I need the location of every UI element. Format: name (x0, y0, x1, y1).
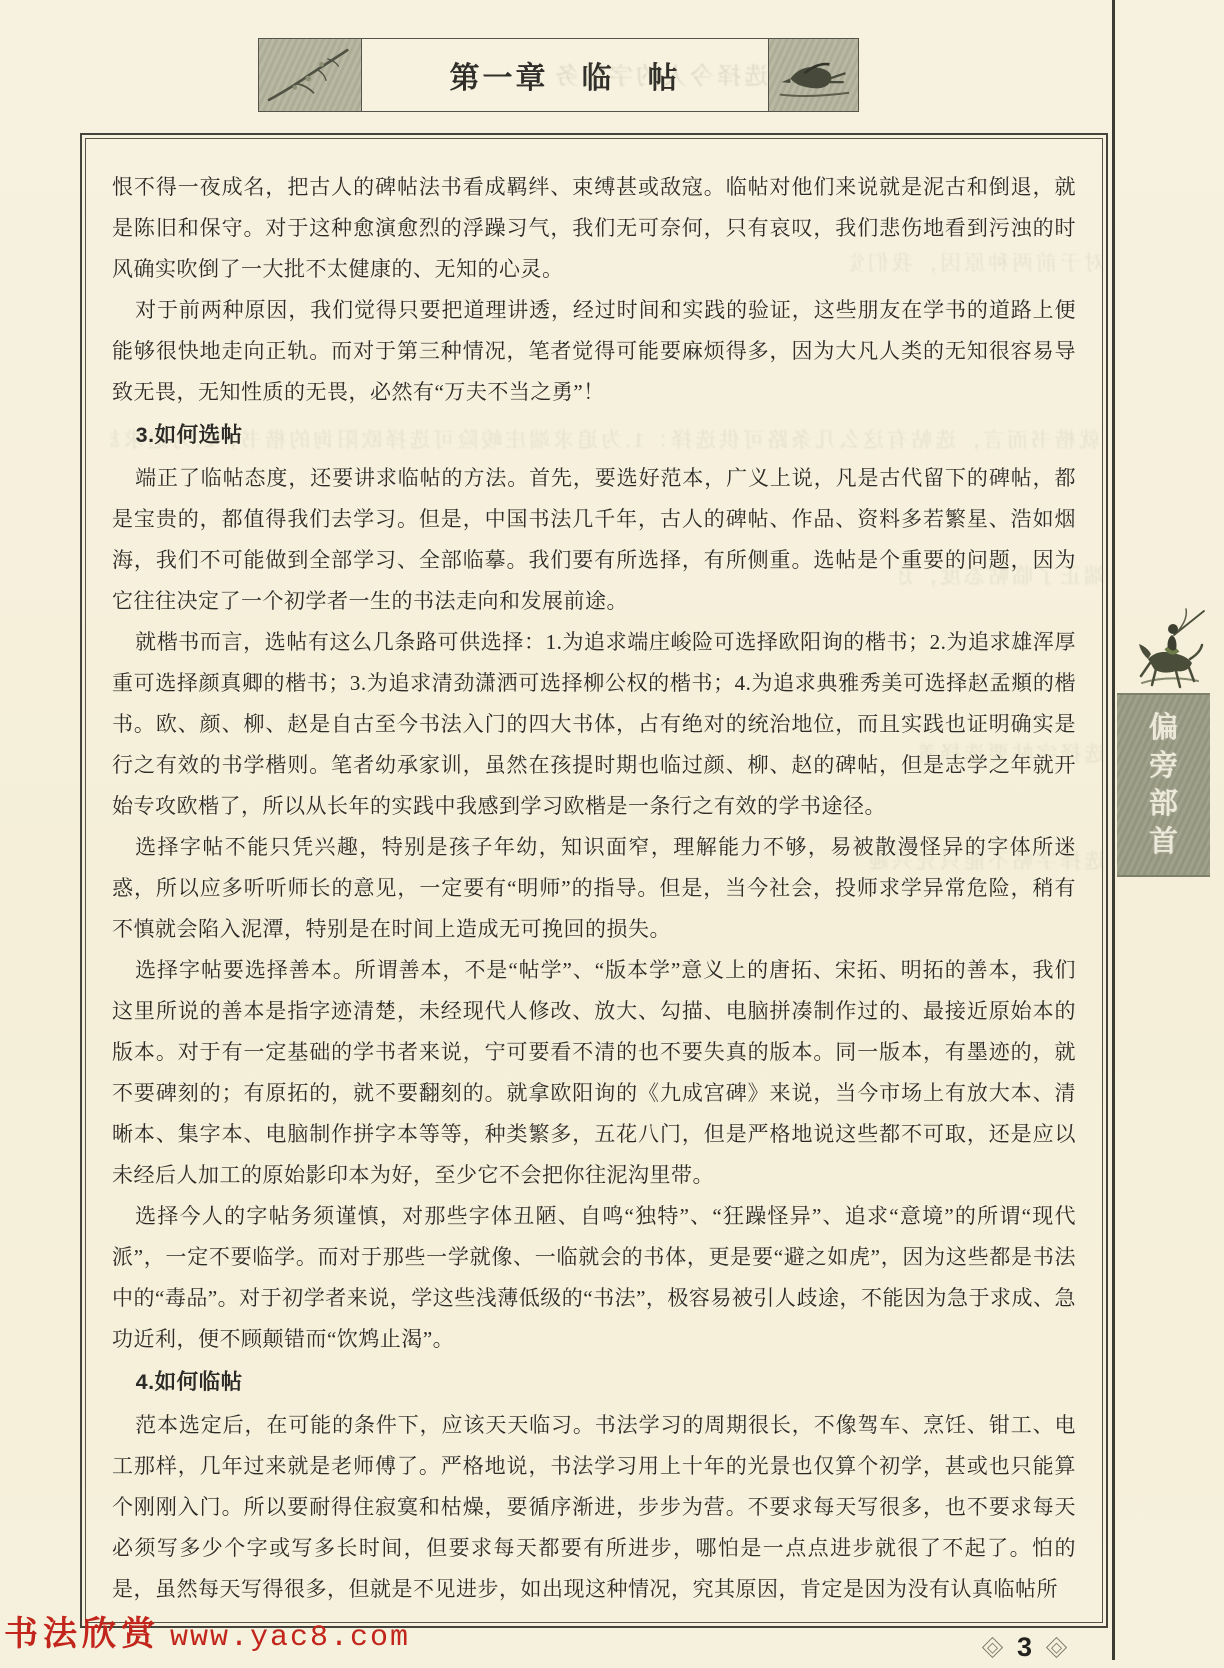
right-margin-rule (1112, 0, 1115, 1660)
diamond-ornament-right-icon (1046, 1637, 1067, 1658)
page-number: 3 (1017, 1634, 1032, 1661)
watermark: 书法欣赏www.yac8.com (4, 1606, 410, 1655)
tab-character: 首 (1149, 828, 1178, 857)
tab-character: 偏 (1149, 714, 1178, 743)
tab-character: 部 (1149, 790, 1178, 819)
section-tab-radicals: 偏旁部首 (1117, 693, 1210, 877)
body-paragraph: 恨不得一夜成名，把古人的碑帖法书看成羁绊、束缚甚或敌寇。临帖对他们来说就是泥古和… (112, 167, 1076, 290)
text-frame: 恨不得一夜成名，把古人的碑帖法书看成羁绊、束缚甚或敌寇。临帖对他们来说就是泥古和… (80, 133, 1108, 1628)
chapter-title: 第一章 临 帖 (450, 53, 681, 97)
body-text: 恨不得一夜成名，把古人的碑帖法书看成羁绊、束缚甚或敌寇。临帖对他们来说就是泥古和… (112, 167, 1076, 1610)
bird-icon (773, 43, 854, 107)
chapter-title-area: 第一章 临 帖 (362, 39, 768, 111)
section-heading: 3.如何选帖 (112, 415, 1076, 456)
chapter-header: 第一章 临 帖 (258, 38, 859, 112)
watermark-url: www.yac8.com (170, 1621, 410, 1655)
body-paragraph: 端正了临帖态度，还要讲求临帖的方法。首先，要选好范本，广义上说，凡是古代留下的碑… (112, 458, 1076, 622)
body-paragraph: 范本选定后，在可能的条件下，应该天天临习。书法学习的周期很长，不像驾车、烹饪、钳… (112, 1405, 1076, 1610)
page-footer: 3 (985, 1634, 1064, 1661)
body-paragraph: 选择字帖不能只凭兴趣，特别是孩子年幼，知识面窄，理解能力不够，易被散漫怪异的字体… (112, 827, 1076, 950)
plum-branch-illustration (259, 39, 362, 111)
diamond-ornament-left-icon (982, 1637, 1003, 1658)
body-paragraph: 对于前两种原因，我们觉得只要把道理讲透，经过时间和实践的验证，这些朋友在学书的道… (112, 290, 1076, 413)
body-paragraph: 选择字帖要选择善本。所谓善本，不是“帖学”、“版本学”意义上的唐拓、宋拓、明拓的… (112, 950, 1076, 1196)
horseman-icon (1128, 601, 1210, 693)
watermark-chinese: 书法欣赏 (4, 1615, 160, 1653)
tab-character: 旁 (1149, 752, 1178, 781)
plum-branch-icon (263, 43, 357, 107)
horseman-illustration (1128, 601, 1210, 691)
body-paragraph: 选择今人的字帖务须谨慎，对那些字体丑陋、自鸣“独特”、“狂躁怪异”、追求“意境”… (112, 1196, 1076, 1360)
text-frame-inner: 恨不得一夜成名，把古人的碑帖法书看成羁绊、束缚甚或敌寇。临帖对他们来说就是泥古和… (85, 138, 1103, 1623)
section-heading: 4.如何临帖 (112, 1362, 1076, 1403)
body-paragraph: 就楷书而言，选帖有这么几条路可供选择：1.为追求端庄峻险可选择欧阳询的楷书；2.… (112, 622, 1076, 827)
bird-illustration (768, 39, 858, 111)
